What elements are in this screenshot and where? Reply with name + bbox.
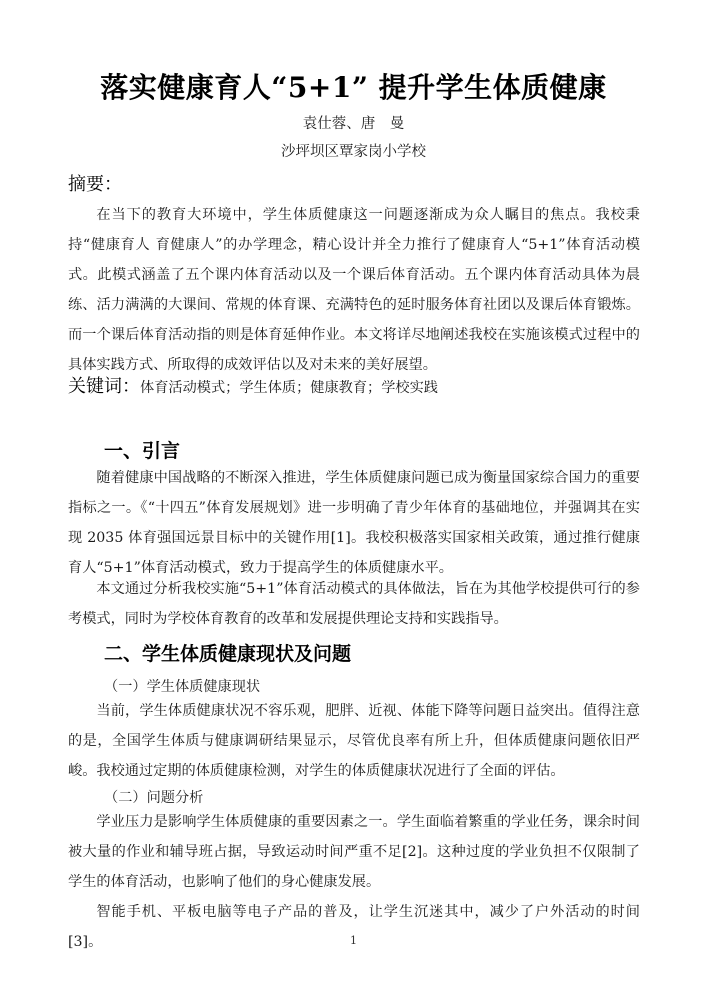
analysis-paragraph-1: 学业压力是影响学生体质健康的重要因素之一。学生面临着繁重的学业任务，课余时间被大… xyxy=(68,807,640,897)
intro-paragraph-2: 本文通过分析我校实施“5+1”体育活动模式的具体做法，旨在为其他学校提供可行的参… xyxy=(68,574,640,634)
keywords-label: 关键词： xyxy=(68,376,140,397)
section-heading-introduction: 一、引言 xyxy=(104,436,180,463)
intro-paragraph-1: 随着健康中国战略的不断深入推进，学生体质健康问题已成为衡量国家综合国力的重要指标… xyxy=(68,463,640,583)
keywords: 关键词：体育活动模式；学生体质；健康教育；学校实践 xyxy=(68,372,438,398)
document-page: 落实健康育人“5+1” 提升学生体质健康 袁仕蓉、唐 曼 沙坪坝区覃家岗小学校 … xyxy=(0,0,707,999)
keywords-text: 体育活动模式；学生体质；健康教育；学校实践 xyxy=(140,380,438,396)
authors: 袁仕蓉、唐 曼 xyxy=(0,112,707,133)
abstract-heading: 摘要： xyxy=(68,170,122,196)
abstract-text: 在当下的教育大环境中，学生体质健康这一问题逐渐成为众人瞩目的焦点。我校秉持“健康… xyxy=(68,200,640,380)
status-paragraph: 当前，学生体质健康状况不容乐观，肥胖、近视、体能下降等问题日益突出。值得注意的是… xyxy=(68,696,640,786)
page-number: 1 xyxy=(0,934,707,947)
analysis-paragraph-2: 智能手机、平板电脑等电子产品的普及，让学生沉迷其中，减少了户外活动的时间[3]。 xyxy=(68,897,640,957)
paper-title: 落实健康育人“5+1” 提升学生体质健康 xyxy=(0,66,707,106)
section-heading-status: 二、学生体质健康现状及问题 xyxy=(104,639,351,666)
subsection-heading-status: （一）学生体质健康现状 xyxy=(104,676,260,696)
subsection-heading-analysis: （二）问题分析 xyxy=(104,787,203,807)
affiliation: 沙坪坝区覃家岗小学校 xyxy=(0,140,707,161)
